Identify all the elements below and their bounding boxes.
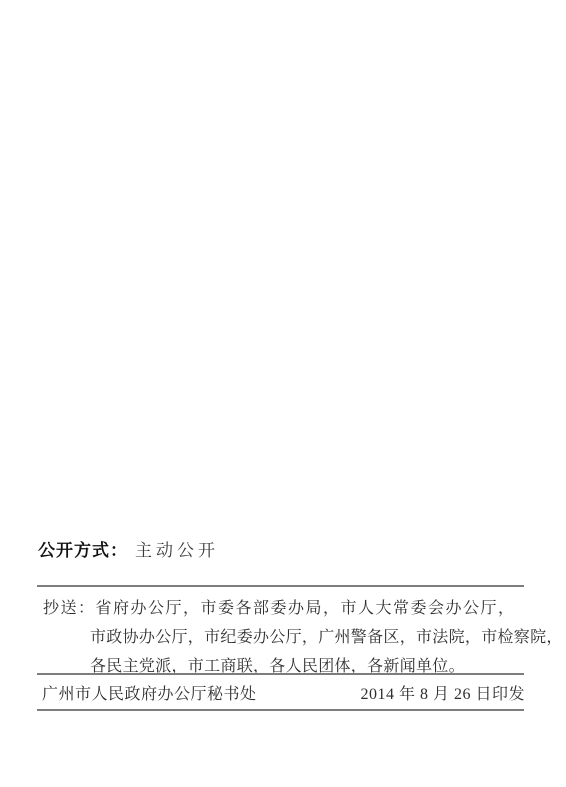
publicity-method-row: 公开方式：主动公开 [38, 540, 219, 562]
separator-rule-top [37, 585, 524, 587]
cc-line-2: 市政协办公厅，市纪委办公厅，广州警备区，市法院，市检察院， [43, 623, 518, 652]
cc-line-1: 抄送：省府办公厅，市委各部委办局，市人大常委会办公厅， [43, 594, 518, 623]
print-date: 2014 年 8 月 26 日印发 [360, 684, 525, 706]
cc-line-3: 各民主党派，市工商联，各人民团体，各新闻单位。 [43, 652, 518, 681]
document-page: 公开方式：主动公开 抄送：省府办公厅，市委各部委办局，市人大常委会办公厅， 市政… [0, 0, 566, 787]
cc-line-1-text: 省府办公厅，市委各部委办局，市人大常委会办公厅， [96, 600, 516, 617]
footer-row: 广州市人民政府办公厅秘书处 2014 年 8 月 26 日印发 [42, 684, 525, 706]
publicity-method-label: 公开方式： [38, 541, 128, 560]
issuing-office: 广州市人民政府办公厅秘书处 [42, 684, 257, 706]
separator-rule-bottom [37, 709, 524, 711]
cc-label: 抄送： [43, 600, 96, 617]
separator-rule-middle [37, 673, 524, 675]
cc-block: 抄送：省府办公厅，市委各部委办局，市人大常委会办公厅， 市政协办公厅，市纪委办公… [43, 594, 518, 681]
publicity-method-value: 主动公开 [135, 541, 219, 560]
